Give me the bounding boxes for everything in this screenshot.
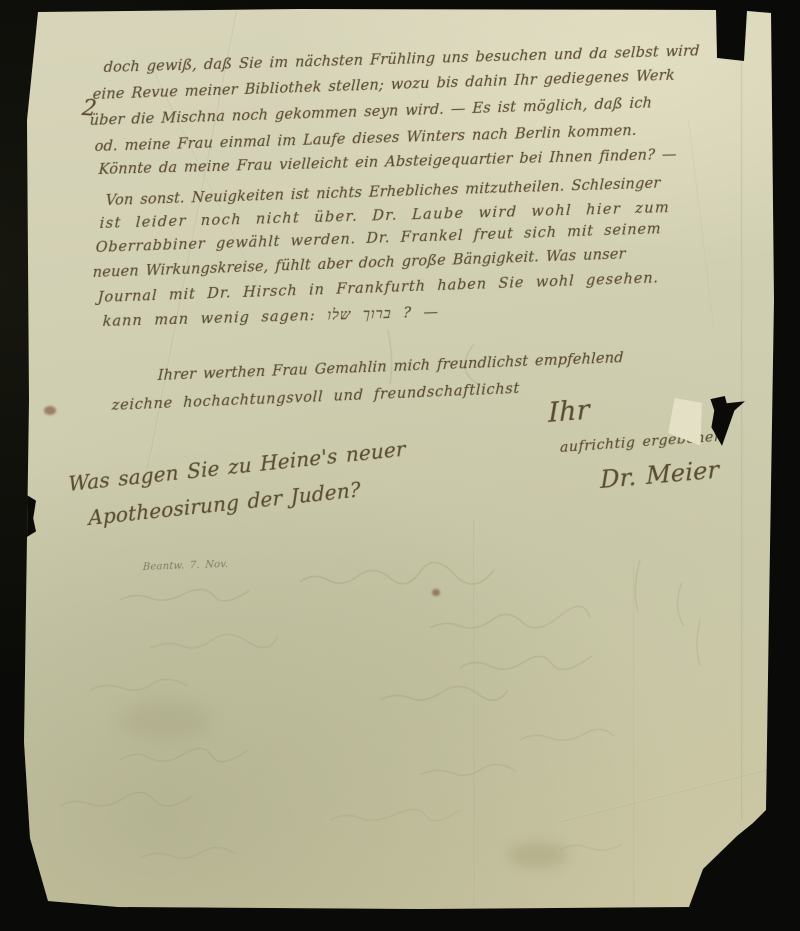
ink-stain-spot (432, 589, 440, 596)
vertical-fold-crease (472, 520, 475, 920)
ink-stain-spot (44, 406, 56, 415)
closing-line-2: zeichne hochachtungsvoll und freundschaf… (112, 381, 521, 414)
closing-line-1: Ihrer werthen Frau Gemahlin mich freundl… (157, 350, 623, 384)
left-edge-nick (22, 492, 36, 540)
signature-salutation: Ihr (548, 394, 590, 429)
letter-line-11: kann man wenig sagen: ברוך שלו ? — (102, 305, 439, 331)
vertical-fold-crease (632, 560, 635, 920)
diagonal-crease (560, 762, 793, 822)
signature-name: Dr. Meier (600, 456, 719, 494)
vertical-fold-crease (740, 60, 743, 820)
foxing-spot (120, 700, 210, 740)
archival-answered-note: Beantw. 7. Nov. (143, 559, 229, 573)
letter-paper-sheet: 2 doch gewiß, daß Sie im nächsten Frühli… (0, 0, 800, 931)
foxing-spot (508, 842, 568, 868)
scanned-letter-photo: 2 doch gewiß, daß Sie im nächsten Frühli… (0, 0, 800, 931)
diagonal-crease (688, 120, 716, 329)
